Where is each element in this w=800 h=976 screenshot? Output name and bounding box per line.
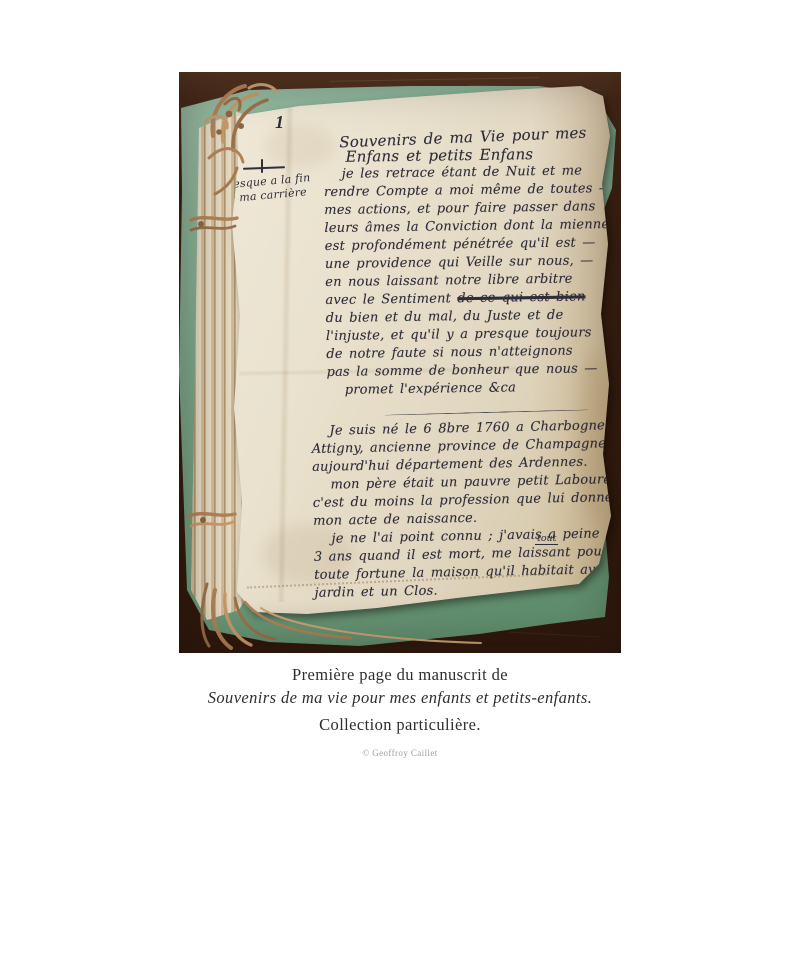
manuscript-photo: 1 presque a la fin de ma carrière Souven… — [179, 72, 621, 653]
figure-caption: Première page du manuscrit de Souvenirs … — [0, 663, 800, 758]
binding-strings — [179, 72, 621, 653]
caption-line-1: Première page du manuscrit de — [0, 663, 800, 686]
caption-title-italic: Souvenirs de ma vie pour mes enfants et … — [0, 686, 800, 709]
photo-credit: © Geoffroy Caillet — [0, 748, 800, 758]
caption-line-3: Collection particulière. — [0, 713, 800, 736]
